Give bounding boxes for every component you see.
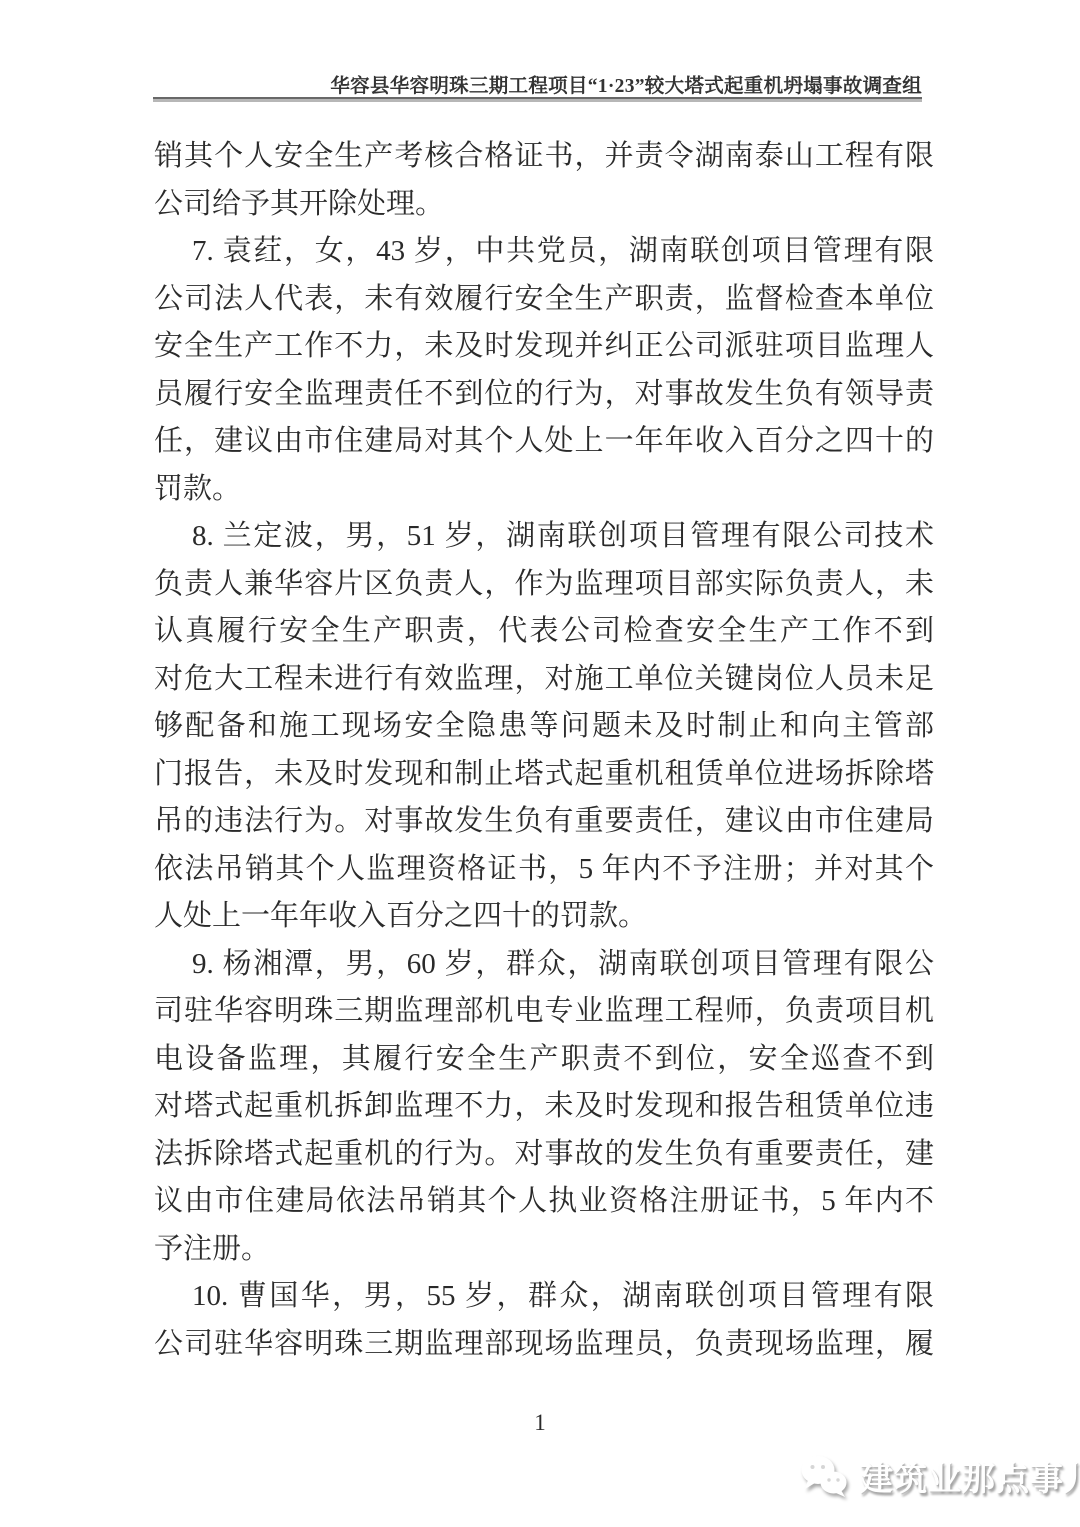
body-line: 员履行安全监理责任不到位的行为，对事故发生负有领导责 (154, 371, 934, 419)
wechat-icon (800, 1454, 848, 1498)
body-line: 8. 兰定波，男，51 岁，湖南联创项目管理有限公司技术 (154, 513, 934, 561)
body-line: 负责人兼华容片区负责人，作为监理项目部实际负责人，未 (154, 561, 934, 609)
body-line: 认真履行安全生产职责，代表公司检查安全生产工作不到位， (154, 608, 934, 656)
body-line: 7. 袁荭，女，43 岁，中共党员，湖南联创项目管理有限 (154, 228, 934, 276)
body-line: 罚款。 (154, 466, 934, 514)
body-line: 议由市住建局依法吊销其个人执业资格注册证书，5 年内不 (154, 1178, 934, 1226)
body-line: 任，建议由市住建局对其个人处上一年年收入百分之四十的 (154, 418, 934, 466)
body-line: 依法吊销其个人监理资格证书，5 年内不予注册；并对其个 (154, 846, 934, 894)
body-line: 司驻华容明珠三期监理部机电专业监理工程师，负责项目机 (154, 988, 934, 1036)
document-page: 华容县华容明珠三期工程项目“1·23”较大塔式起重机坍塌事故调查组 销其个人安全… (0, 0, 1080, 1527)
body-line: 够配备和施工现场安全隐患等问题未及时制止和向主管部 (154, 703, 934, 751)
document-header-title: 华容县华容明珠三期工程项目“1·23”较大塔式起重机坍塌事故调查组 (153, 70, 922, 98)
body-line: 法拆除塔式起重机的行为。对事故的发生负有重要责任，建 (154, 1131, 934, 1179)
body-line: 销其个人安全生产考核合格证书，并责令湖南泰山工程有限 (154, 133, 934, 181)
header-double-rule (153, 97, 922, 102)
document-body: 销其个人安全生产考核合格证书，并责令湖南泰山工程有限公司给予其开除处理。7. 袁… (154, 133, 934, 1368)
body-line: 9. 杨湘潭，男，60 岁，群众，湖南联创项目管理有限公 (154, 941, 934, 989)
body-line: 安全生产工作不力，未及时发现并纠正公司派驻项目监理人 (154, 323, 934, 371)
body-line: 吊的违法行为。对事故发生负有重要责任，建议由市住建局 (154, 798, 934, 846)
page-number: 1 (0, 1410, 1080, 1436)
body-line: 门报告，未及时发现和制止塔式起重机租赁单位进场拆除塔 (154, 751, 934, 799)
body-line: 对塔式起重机拆卸监理不力，未及时发现和报告租赁单位违 (154, 1083, 934, 1131)
body-line: 人处上一年年收入百分之四十的罚款。 (154, 893, 934, 941)
body-line: 公司驻华容明珠三期监理部现场监理员，负责现场监理，履 (154, 1321, 934, 1369)
body-line: 公司给予其开除处理。 (154, 181, 934, 229)
body-line: 对危大工程未进行有效监理，对施工单位关键岗位人员未足 (154, 656, 934, 704)
body-line: 电设备监理，其履行安全生产职责不到位，安全巡查不到位， (154, 1036, 934, 1084)
body-line: 予注册。 (154, 1226, 934, 1274)
watermark: 建筑业那点事儿 (800, 1449, 1080, 1503)
body-line: 10. 曹国华，男，55 岁，群众，湖南联创项目管理有限 (154, 1273, 934, 1321)
watermark-label: 建筑业那点事儿 (860, 1453, 1080, 1500)
body-line: 公司法人代表，未有效履行安全生产职责，监督检查本单位 (154, 276, 934, 324)
